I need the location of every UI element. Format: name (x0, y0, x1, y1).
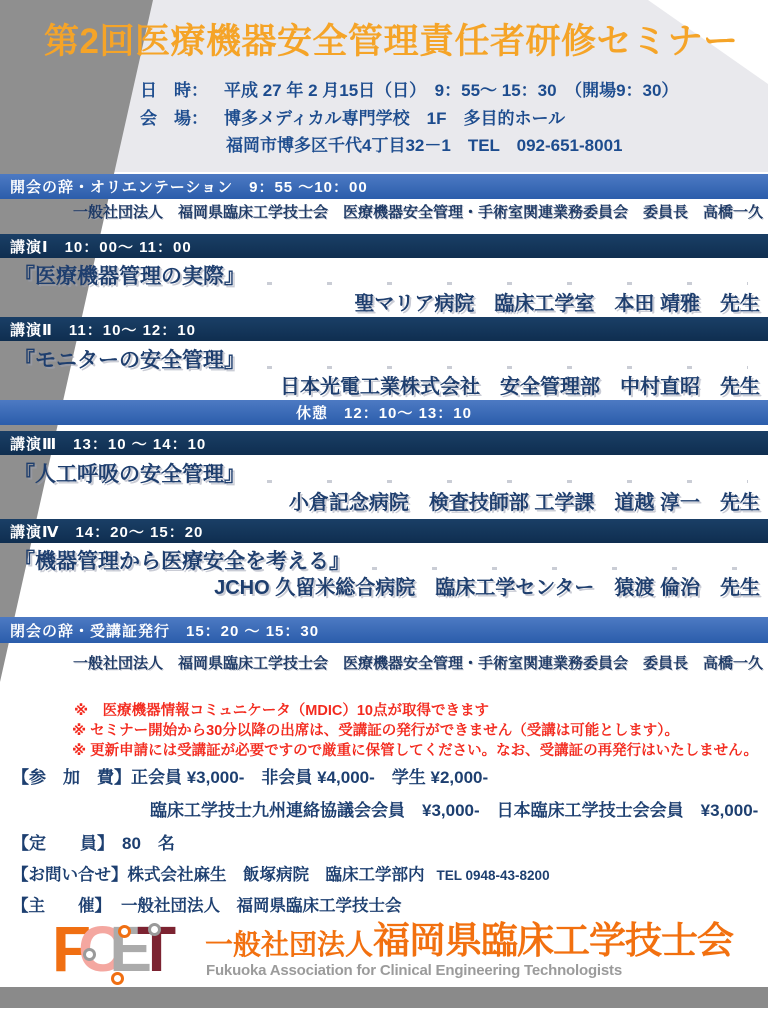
lecture3-title: 『人工呼吸の安全管理』 (14, 458, 245, 488)
closing-bar: 閉会の辞・受講証発行 15：20 ～ 15：30 (0, 617, 768, 643)
fee-value: 正会員 ¥3,000- 非会員 ¥4,000- 学生 ¥2,000- (131, 763, 488, 788)
leader-dots (267, 282, 748, 285)
lecture1-bar: 講演Ⅰ 10：00～ 11：00 (0, 234, 768, 258)
date-value: 平成 27 年 2 月15日（日） 9：55～ 15：30 （開場9：30） (224, 76, 678, 101)
closing-moderator-line: 一般社団法人 福岡県臨床工学技士会 医療機器安全管理・手術室関連業務委員会 委員… (0, 652, 768, 673)
lecture3-title-row: 『人工呼吸の安全管理』 (14, 458, 760, 488)
lecture1-speaker: 聖マリア病院 臨床工学室 本田 靖雅 先生 (0, 287, 768, 316)
leader-dots (267, 366, 748, 369)
moderator-line: 一般社団法人 福岡県臨床工学技士会 医療機器安全管理・手術室関連業務委員会 委員… (0, 201, 768, 222)
capacity-value: 80 名 (122, 829, 175, 854)
contact-value: 株式会社麻生 飯塚病院 臨床工学部内 (128, 861, 425, 885)
lecture4-bar: 講演Ⅳ 14：20～ 15：20 (0, 519, 768, 543)
capacity-row: 【定 員】 80 名 (12, 829, 768, 854)
note-3: ※ 更新申請には受講証が必要ですので厳重に保管してください。なお、受講証の再発行… (72, 741, 768, 761)
fee-row: 【参 加 費】 正会員 ¥3,000- 非会員 ¥4,000- 学生 ¥2,00… (12, 763, 768, 788)
logo-node-icon (118, 925, 131, 938)
note-2: ※ セミナー開始から30分以降の出席は、受講証の発行ができません（受講は可能とし… (72, 721, 768, 741)
logo-node-icon (111, 972, 124, 985)
fee-row-2: 臨床工学技士九州連絡協議会会員 ¥3,000- 日本臨床工学技士会会員 ¥3,0… (150, 796, 768, 821)
leader-dots (267, 480, 748, 483)
opening-bar: 開会の辞・オリエンテーション 9：55 ～10：00 (0, 174, 768, 199)
address-row: 福岡市博多区千代4丁目32－1 TEL 092-651-8001 (226, 131, 768, 156)
venue-value: 博多メディカル専門学校 1F 多目的ホール (224, 104, 565, 129)
lecture3-bar: 講演Ⅲ 13：10 ～ 14：10 (0, 431, 768, 455)
date-label: 日 時： (140, 76, 208, 101)
fee-value-2: 臨床工学技士九州連絡協議会会員 ¥3,000- 日本臨床工学技士会会員 ¥3,0… (150, 796, 758, 821)
venue-row: 会 場： 博多メディカル専門学校 1F 多目的ホール (140, 104, 768, 129)
lecture4-speaker: JCHO 久留米総合病院 臨床工学センター 猿渡 倫治 先生 (0, 571, 768, 600)
page-title: 第2回医療機器安全管理責任者研修セミナー (44, 14, 762, 64)
venue-label: 会 場： (140, 104, 208, 129)
lecture1-title: 『医療機器管理の実際』 (14, 260, 245, 290)
footer-org-name: 福岡県臨床工学技士会 (373, 922, 733, 959)
lecture2-bar: 講演Ⅱ 11：10～ 12：10 (0, 317, 768, 341)
logo-node-icon (148, 923, 161, 936)
lecture3-speaker: 小倉記念病院 検査技師部 工学課 道越 淳一 先生 (0, 486, 768, 515)
footer-org-prefix: 一般社団法人 (205, 931, 373, 959)
note-1: ※ 医療機器情報コミュニケータ（MDIC）10点が取得できます (74, 701, 768, 721)
contact-row: 【お問い合せ】 株式会社麻生 飯塚病院 臨床工学部内 TEL 0948-43-8… (12, 861, 768, 885)
fcet-logo: FCET (52, 914, 212, 988)
seminar-flyer: 第2回医療機器安全管理責任者研修セミナー 日 時： 平成 27 年 2 月15日… (0, 0, 768, 1024)
break-bar: 休憩 12：10～ 13：10 (0, 400, 768, 425)
capacity-label: 【定 員】 (12, 829, 114, 854)
fcet-logo-letters: FCET (52, 914, 212, 984)
footer-org-english: Fukuoka Association for Clinical Enginee… (206, 962, 622, 979)
footer-org-line: 一般社団法人 福岡県臨床工学技士会 (205, 922, 733, 959)
contact-tel: TEL 0948-43-8200 (437, 868, 550, 883)
contact-label: 【お問い合せ】 (12, 861, 128, 885)
leader-dots (372, 567, 748, 570)
address-value: 福岡市博多区千代4丁目32－1 TEL 092-651-8001 (226, 131, 623, 156)
logo-node-icon (83, 948, 96, 961)
footer-gray-bar (0, 987, 768, 1008)
date-row: 日 時： 平成 27 年 2 月15日（日） 9：55～ 15：30 （開場9：… (140, 76, 768, 101)
lecture1-title-row: 『医療機器管理の実際』 (14, 260, 760, 290)
lecture2-speaker: 日本光電工業株式会社 安全管理部 中村直昭 先生 (0, 370, 768, 399)
fee-label: 【参 加 費】 (12, 763, 131, 788)
